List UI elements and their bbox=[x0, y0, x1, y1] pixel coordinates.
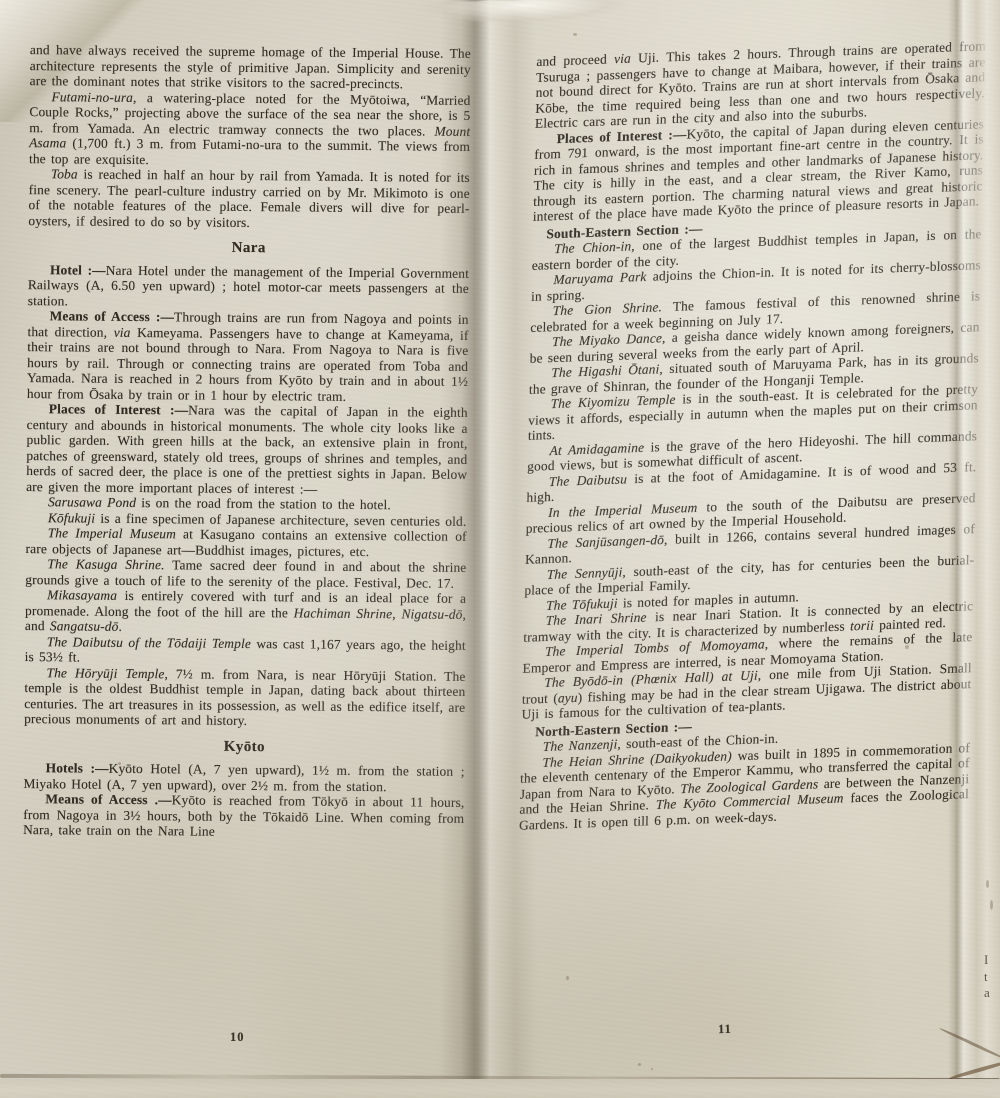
page-number-right: 11 bbox=[718, 1022, 732, 1037]
paragraph: The Heian Shrine (Daikyokuden) was built… bbox=[519, 740, 970, 833]
open-book-photo: and have always received the supreme hom… bbox=[0, 0, 1000, 1098]
stain-dot bbox=[986, 880, 989, 888]
stain-dot bbox=[905, 645, 909, 649]
edge-letter-fragment: a bbox=[984, 985, 999, 1002]
edge-letter-fragment: I bbox=[984, 952, 999, 969]
paragraph: The Daibutsu of the Tōdaiji Temple was c… bbox=[25, 634, 466, 669]
paragraph: and have always received the supreme hom… bbox=[30, 42, 471, 92]
paragraph: Places of Interest :—Nara was the capita… bbox=[26, 401, 468, 498]
stain-dot bbox=[573, 33, 577, 36]
stain-dot bbox=[638, 1063, 641, 1066]
page-number-left: 10 bbox=[230, 1030, 245, 1045]
section-heading: Kyōto bbox=[24, 738, 465, 757]
left-page: and have always received the supreme hom… bbox=[0, 0, 478, 1098]
paragraph: Places of Interest :—Kyōto, the capital … bbox=[533, 116, 985, 225]
section-heading: Nara bbox=[28, 239, 469, 258]
right-page: and proceed via Uji. This takes 2 hours.… bbox=[478, 0, 1000, 1098]
paragraph: The Hōryūji Temple, 7½ m. from Nara, is … bbox=[24, 665, 466, 731]
paragraph: The Kasuga Shrine. Tame sacred deer foun… bbox=[25, 556, 466, 591]
paragraph: Toba is reached in half an hour by rail … bbox=[28, 166, 470, 232]
bottom-page-edge bbox=[0, 1079, 1000, 1098]
paragraph: Hotels :—Kyōto Hotel (A, 7 yen upward), … bbox=[23, 760, 464, 795]
paragraph: Means of Access .—Kyōto is reached from … bbox=[23, 791, 464, 841]
paragraph: Mikasayama is entirely covered with turf… bbox=[25, 587, 466, 637]
stain-dot bbox=[118, 762, 121, 765]
next-page-text-fragments: Ita bbox=[984, 952, 999, 1002]
paragraph: Means of Access :—Through trains are run… bbox=[27, 308, 469, 405]
gutter-top-fold bbox=[392, 0, 659, 39]
paragraph: Hotel :—Nara Hotel under the management … bbox=[28, 262, 469, 312]
paragraph: Futami-no-ura, a watering-place noted fo… bbox=[29, 89, 471, 170]
right-page-text: and proceed via Uji. This takes 2 hours.… bbox=[519, 38, 986, 832]
stain-dot bbox=[651, 1068, 653, 1070]
edge-letter-fragment: t bbox=[984, 969, 999, 986]
stain-dot bbox=[566, 976, 569, 980]
left-page-text: and have always received the supreme hom… bbox=[23, 42, 471, 841]
stain-dot bbox=[990, 900, 993, 910]
paragraph: The Imperial Museum at Kasugano contains… bbox=[26, 525, 467, 560]
